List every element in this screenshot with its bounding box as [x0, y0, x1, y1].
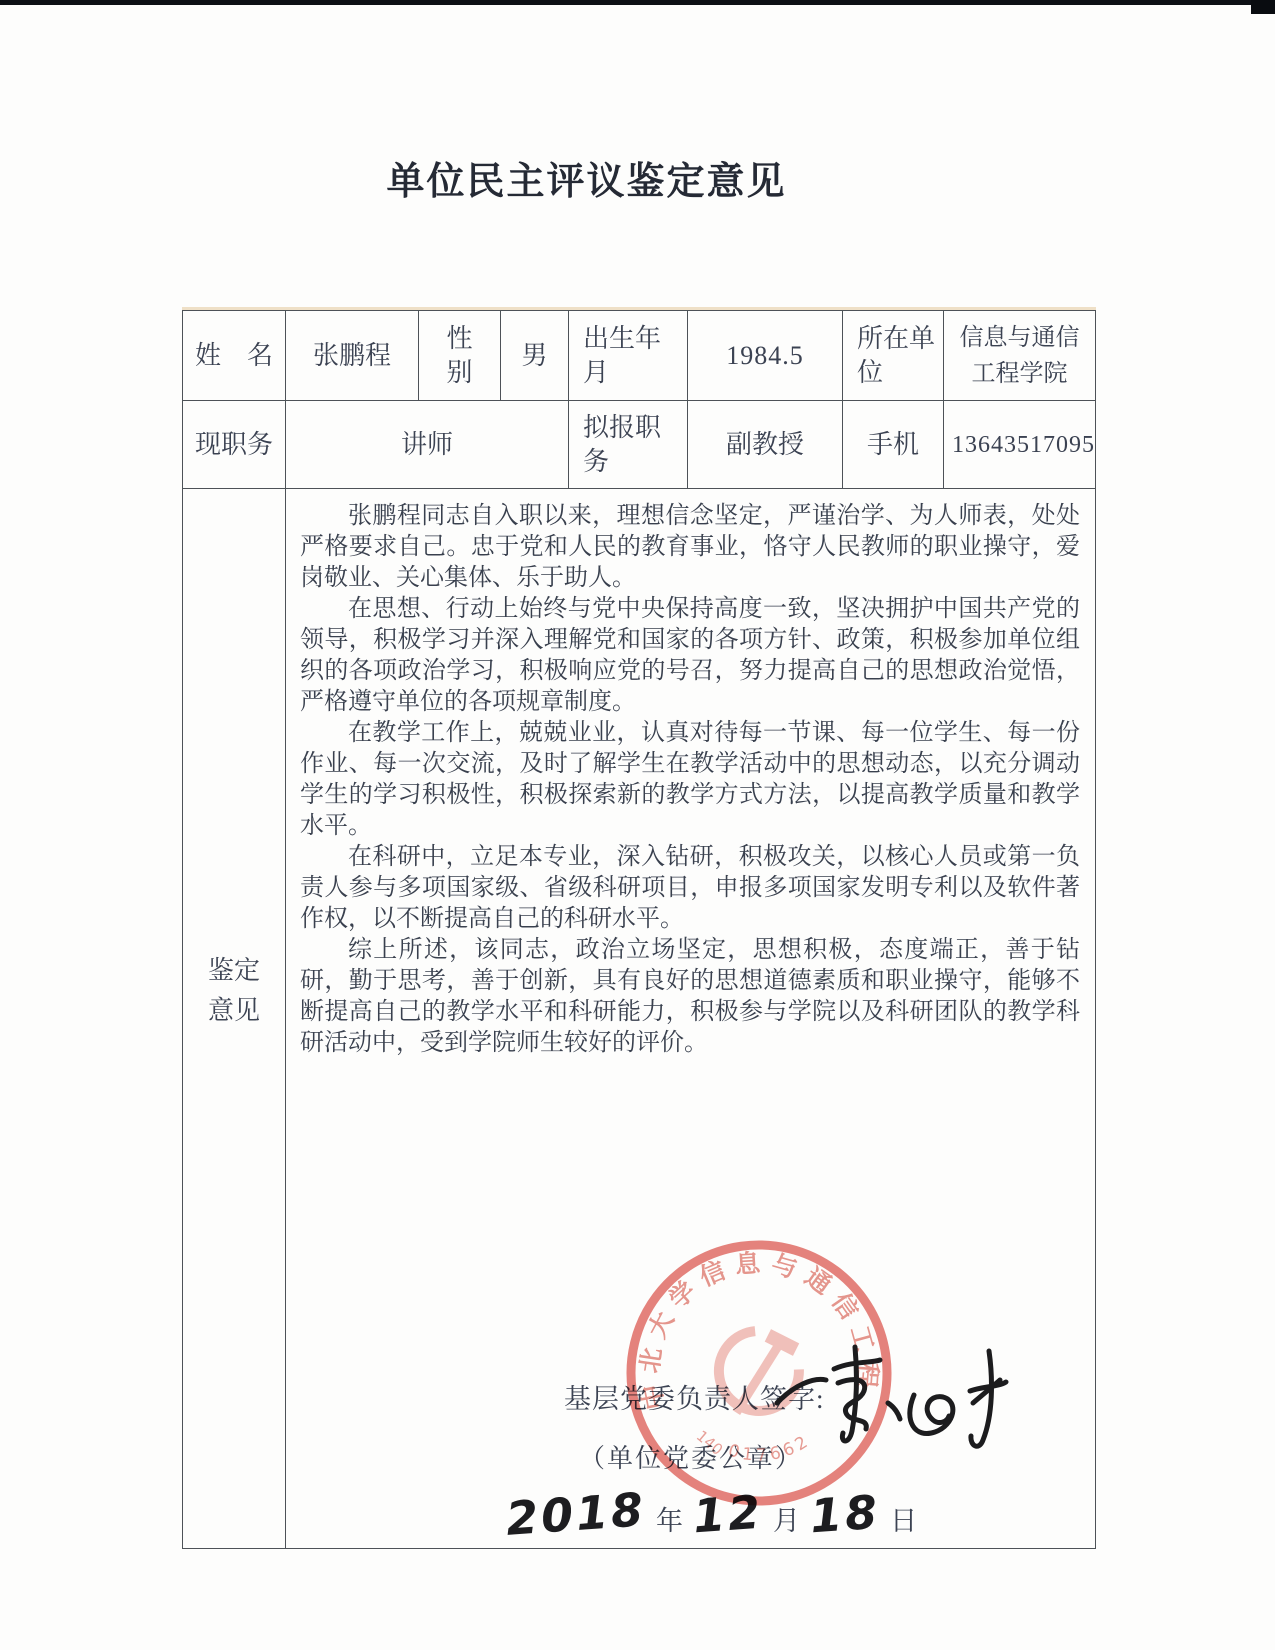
gender-label: 性 别 [419, 311, 501, 401]
date-month-unit: 月 [773, 1504, 800, 1538]
paragraph: 在思想、行动上始终与党中央保持高度一致，坚决拥护中国共产党的领导，积极学习并深入… [300, 594, 1080, 718]
phone-value: 13643517095 [944, 401, 1096, 489]
scan-artifact-corner-mark [1251, 0, 1275, 14]
date-year-unit: 年 [656, 1504, 683, 1538]
current-position-value: 讲师 [286, 401, 569, 489]
birthdate-value: 1984.5 [688, 311, 843, 401]
appraisal-table: 姓 名 张鹏程 性 别 男 出生年月 1984.5 所在单位 信息与通信工程学院… [182, 310, 1096, 1549]
paragraph: 张鹏程同志自入职以来，理想信念坚定，严谨治学、为人师表，处处严格要求自己。忠于党… [300, 501, 1080, 594]
applied-position-label: 拟报职务 [569, 401, 688, 489]
applied-position-value: 副教授 [688, 401, 843, 489]
name-label: 姓 名 [183, 311, 286, 401]
phone-label: 手机 [843, 401, 944, 489]
unit-value: 信息与通信工程学院 [944, 311, 1096, 401]
party-secretary-signature-label: 基层党委负责人签字: [564, 1382, 825, 1416]
date-year-handwritten: 2018 [505, 1486, 648, 1542]
unit-label: 所在单位 [843, 311, 944, 401]
scanned-appraisal-form: 单位民主评议鉴定意见 姓 名 张鹏程 性 别 男 出生年月 1984.5 所在单… [0, 0, 1275, 1650]
appraisal-opinion-cell: 张鹏程同志自入职以来，理想信念坚定，严谨治学、为人师表，处处严格要求自己。忠于党… [286, 489, 1096, 1549]
table-row: 鉴定意见 张鹏程同志自入职以来，理想信念坚定，严谨治学、为人师表，处处严格要求自… [183, 489, 1096, 1549]
gender-value: 男 [501, 311, 569, 401]
official-seal-stamp: 中北大学信息与通信工程学院 017662 140 [609, 1223, 909, 1523]
table-row: 姓 名 张鹏程 性 别 男 出生年月 1984.5 所在单位 信息与通信工程学院 [183, 311, 1096, 401]
date-month-handwritten: 12 [692, 1489, 765, 1540]
appraisal-text: 张鹏程同志自入职以来，理想信念坚定，严谨治学、为人师表，处处严格要求自己。忠于党… [286, 489, 1095, 1059]
scan-artifact-top-bar [0, 0, 1275, 5]
unit-party-seal-note: （单位党委公章） [579, 1442, 803, 1476]
table-row: 现职务 讲师 拟报职务 副教授 手机 13643517095 [183, 401, 1096, 489]
date-day-unit: 日 [890, 1504, 917, 1538]
paragraph: 在教学工作上，兢兢业业，认真对待每一节课、每一位学生、每一份作业、每一次交流，及… [300, 718, 1080, 842]
birthdate-label: 出生年月 [569, 311, 688, 401]
signature-date: 2018 年 12 月 18 日 [506, 1491, 917, 1538]
date-day-handwritten: 18 [809, 1489, 882, 1540]
current-position-label: 现职务 [183, 401, 286, 489]
paragraph: 综上所述，该同志，政治立场坚定，思想积极，态度端正，善于钻研，勤于思考，善于创新… [300, 935, 1080, 1059]
page-title: 单位民主评议鉴定意见 [130, 150, 1043, 205]
appraisal-opinion-label: 鉴定意见 [183, 489, 286, 1549]
name-value: 张鹏程 [286, 311, 419, 401]
paragraph: 在科研中，立足本专业，深入钻研，积极攻关，以核心人员或第一负责人参与多项国家级、… [300, 842, 1080, 935]
